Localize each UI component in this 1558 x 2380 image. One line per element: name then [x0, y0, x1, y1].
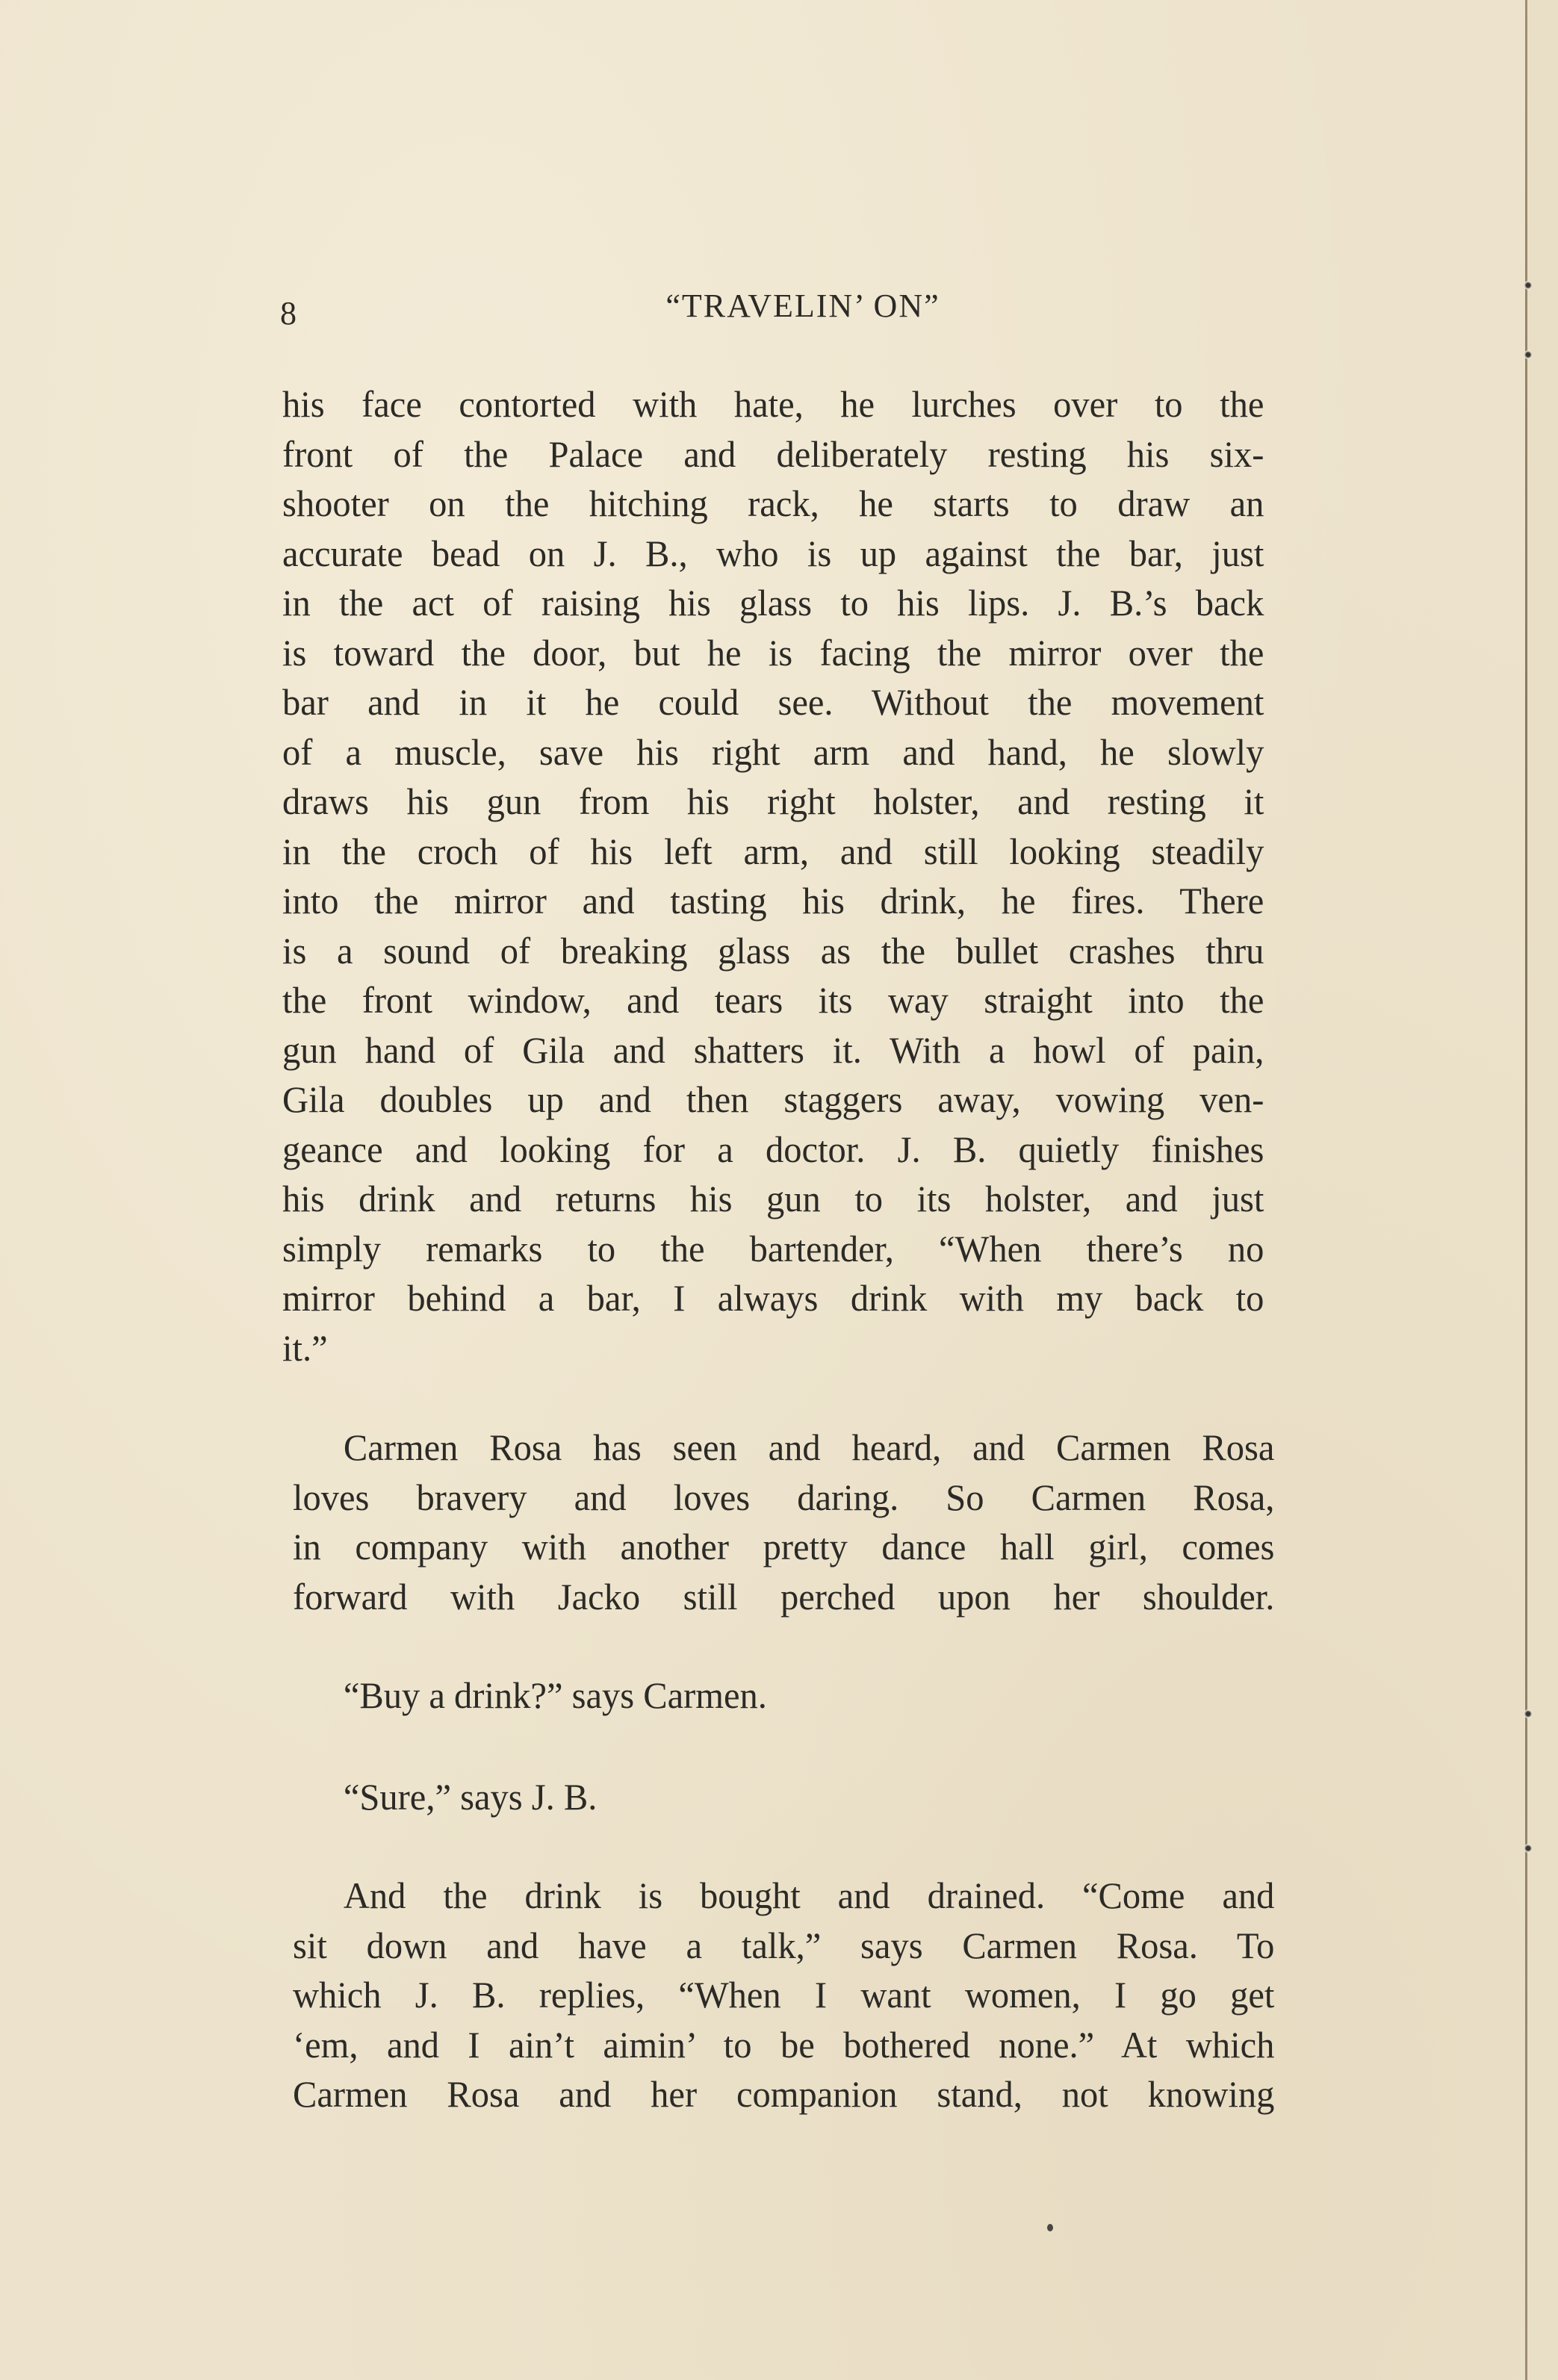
text-line: his face contorted with hate, he lurches… — [282, 379, 1264, 429]
running-title: “TRAVELIN’ ON” — [280, 290, 1296, 323]
text-line: the front window, and tears its way stra… — [282, 975, 1264, 1025]
text-line: loves bravery and loves daring. So Carme… — [293, 1473, 1274, 1523]
text-line: ‘em, and I ain’t aimin’ to be bothered n… — [293, 2020, 1274, 2070]
text-line: front of the Palace and deliberately res… — [282, 429, 1264, 479]
paper-nick-mark — [1524, 349, 1532, 360]
text-line: Gila doubles up and then staggers away, … — [282, 1075, 1264, 1125]
text-line: in the croch of his left arm, and still … — [282, 827, 1264, 877]
text-line: his drink and returns his gun to its hol… — [282, 1174, 1264, 1224]
text-line: forward with Jacko still perched upon he… — [293, 1572, 1274, 1622]
paper-nick-mark — [1524, 1843, 1532, 1854]
text-line: in the act of raising his glass to his l… — [282, 578, 1264, 628]
page-edge-shadow — [1527, 0, 1558, 2380]
paragraph-5: And the drink is bought and drained. “Co… — [293, 1871, 1274, 2119]
text-line: sit down and have a talk,” says Carmen R… — [293, 1921, 1274, 1971]
paragraph-2: Carmen Rosa has seen and heard, and Carm… — [293, 1423, 1274, 1621]
text-line: And the drink is bought and drained. “Co… — [293, 1871, 1274, 1921]
text-line: bar and in it he could see. Without the … — [282, 677, 1264, 727]
text-line: is a sound of breaking glass as the bull… — [282, 926, 1264, 976]
text-line: mirror behind a bar, I always drink with… — [282, 1273, 1264, 1323]
paragraph-3: “Buy a drink?” says Carmen. — [293, 1671, 1274, 1721]
text-line: “Sure,” says J. B. — [293, 1772, 1274, 1822]
text-line: is toward the door, but he is facing the… — [282, 628, 1264, 678]
ink-speck — [1047, 2224, 1053, 2231]
text-line: “Buy a drink?” says Carmen. — [293, 1671, 1274, 1721]
paragraph-1: his face contorted with hate, he lurches… — [282, 379, 1264, 1373]
running-head: 8 “TRAVELIN’ ON” — [280, 290, 1296, 335]
text-line: it.” — [282, 1323, 1264, 1373]
paper-nick-mark — [1524, 280, 1532, 290]
paragraph-4: “Sure,” says J. B. — [293, 1772, 1274, 1822]
paper-nick-mark — [1524, 1709, 1532, 1719]
text-line: which J. B. replies, “When I want women,… — [293, 1970, 1274, 2020]
text-line: gun hand of Gila and shatters it. With a… — [282, 1025, 1264, 1075]
text-line: shooter on the hitching rack, he starts … — [282, 479, 1264, 529]
text-line: geance and looking for a doctor. J. B. q… — [282, 1125, 1264, 1175]
text-line: of a muscle, save his right arm and hand… — [282, 727, 1264, 777]
text-line: Carmen Rosa and her companion stand, not… — [293, 2069, 1274, 2119]
text-line: draws his gun from his right holster, an… — [282, 777, 1264, 827]
text-line: into the mirror and tasting his drink, h… — [282, 876, 1264, 926]
text-line: Carmen Rosa has seen and heard, and Carm… — [293, 1423, 1274, 1473]
text-line: accurate bead on J. B., who is up agains… — [282, 529, 1264, 579]
text-line: in company with another pretty dance hal… — [293, 1522, 1274, 1572]
text-line: simply remarks to the bartender, “When t… — [282, 1224, 1264, 1274]
